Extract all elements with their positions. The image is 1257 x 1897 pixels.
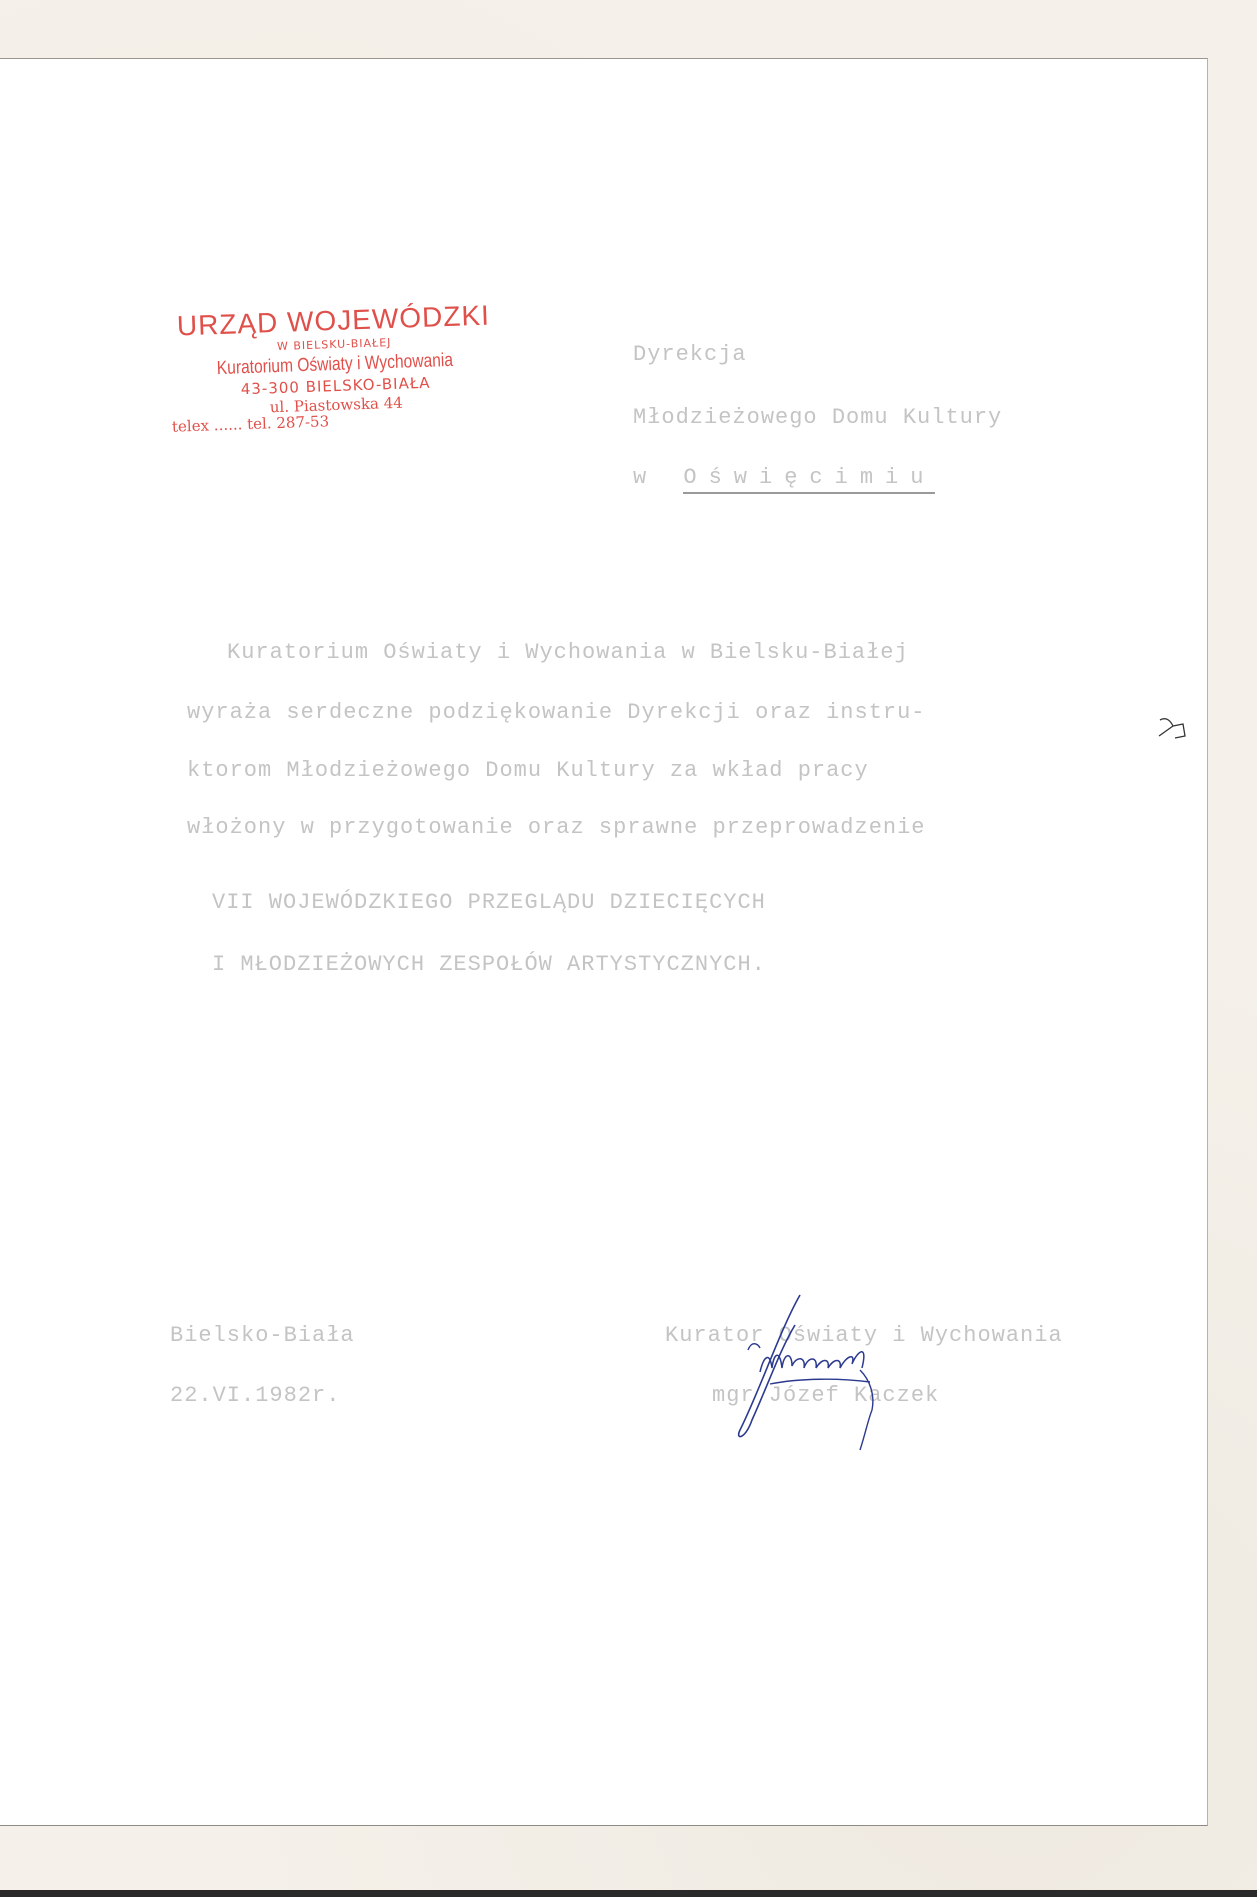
- event-line: VII WOJEWÓDZKIEGO PRZEGLĄDU DZIECIĘCYCH: [212, 890, 766, 915]
- scan-bottom-edge: [0, 1890, 1257, 1897]
- event-line: I MŁODZIEŻOWYCH ZESPOŁÓW ARTYSTYCZNYCH.: [212, 952, 766, 977]
- office-stamp: URZĄD WOJEWÓDZKI W BIELSKU-BIAŁEJ Kurato…: [168, 299, 502, 435]
- closing-place: Bielsko-Biała: [170, 1323, 355, 1348]
- recipient-prefix: w: [633, 465, 683, 490]
- body-line: Kuratorium Oświaty i Wychowania w Bielsk…: [227, 640, 909, 665]
- recipient-line-2: Młodzieżowego Domu Kultury: [633, 405, 1002, 430]
- body-line: włożony w przygotowanie oraz sprawne prz…: [187, 815, 926, 840]
- closing-date: 22.VI.1982r.: [170, 1383, 340, 1408]
- handwritten-signature: [700, 1280, 1000, 1460]
- body-line: wyraża serdeczne podziękowanie Dyrekcji …: [187, 700, 926, 725]
- recipient-line-3: w Oświęcimiu: [633, 465, 935, 490]
- recipient-town: Oświęcimiu: [683, 465, 935, 494]
- recipient-line-1: Dyrekcja: [633, 342, 747, 367]
- margin-pencil-mark: [1155, 712, 1195, 752]
- body-line: ktorom Młodzieżowego Domu Kultury za wkł…: [187, 758, 869, 783]
